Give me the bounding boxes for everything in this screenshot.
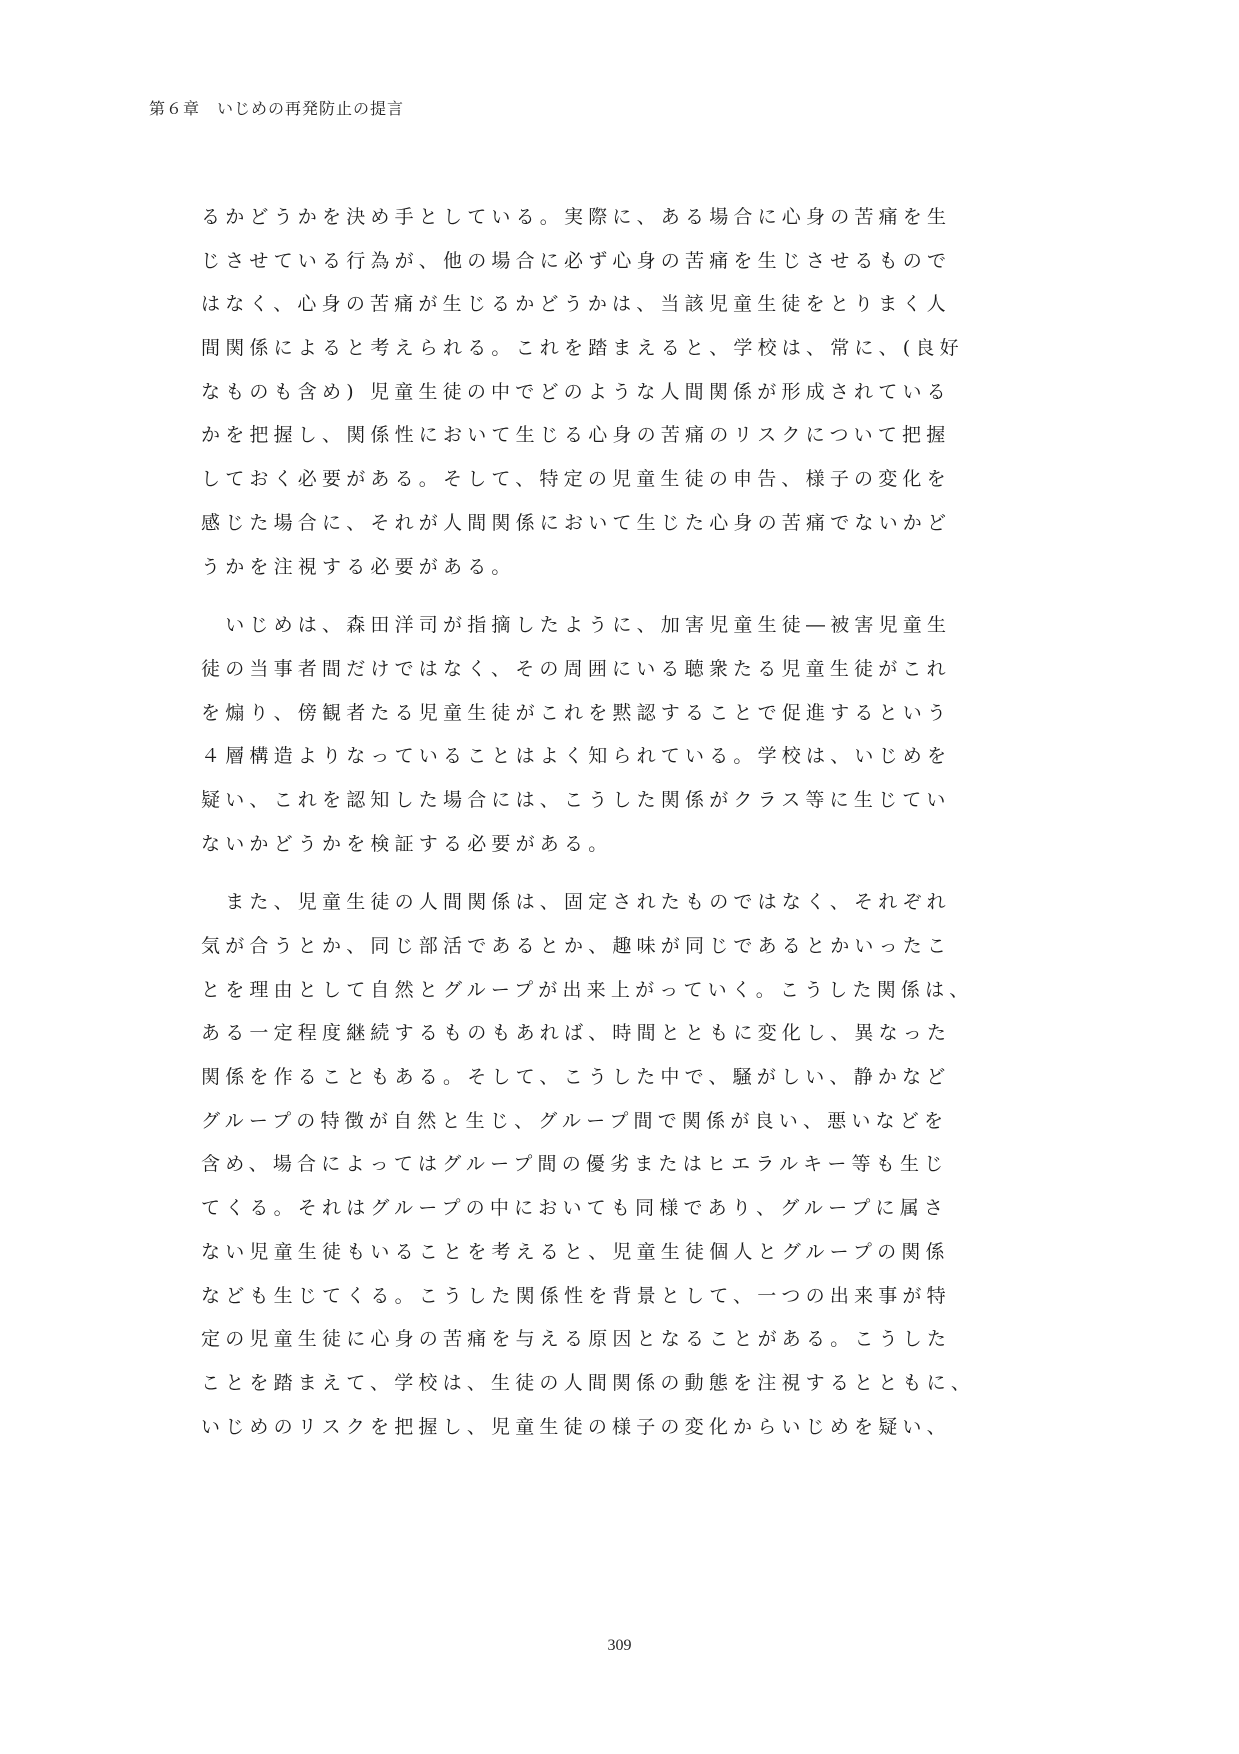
text-line: グループの特徴が自然と生じ、グループ間で関係が良い、悪いなどを (201, 1100, 961, 1144)
text-line: かを把握し、関係性において生じる心身の苦痛のリスクについて把握 (201, 414, 961, 458)
text-line: 含め、場合によってはグループ間の優劣またはヒエラルキー等も生じ (201, 1143, 961, 1187)
document-page: 第６章 いじめの再発防止の提言 るかどうかを決め手としている。実際に、ある場合に… (0, 0, 1239, 1754)
text-line: はなく、心身の苦痛が生じるかどうかは、当該児童生徒をとりまく人 (201, 283, 961, 327)
paragraph-2: いじめは、森田洋司が指摘したように、加害児童生徒―被害児童生 徒の当事者間だけで… (201, 604, 961, 866)
running-header: 第６章 いじめの再発防止の提言 (149, 96, 404, 119)
text-line: るかどうかを決め手としている。実際に、ある場合に心身の苦痛を生 (201, 196, 961, 240)
text-line: 徒の当事者間だけではなく、その周囲にいる聴衆たる児童生徒がこれ (201, 648, 961, 692)
body-text: るかどうかを決め手としている。実際に、ある場合に心身の苦痛を生 じさせている行為… (201, 196, 961, 1449)
page-number: 309 (0, 1637, 1239, 1655)
text-line: ４層構造よりなっていることはよく知られている。学校は、いじめを (201, 735, 961, 779)
text-line: ない児童生徒もいることを考えると、児童生徒個人とグループの関係 (201, 1231, 961, 1275)
text-line: しておく必要がある。そして、特定の児童生徒の申告、様子の変化を (201, 458, 961, 502)
text-line: 気が合うとか、同じ部活であるとか、趣味が同じであるとかいったこ (201, 925, 961, 969)
text-line: また、児童生徒の人間関係は、固定されたものではなく、それぞれ (201, 881, 961, 925)
text-line: ある一定程度継続するものもあれば、時間とともに変化し、異なった (201, 1012, 961, 1056)
text-line: なども生じてくる。こうした関係性を背景として、一つの出来事が特 (201, 1275, 961, 1319)
text-line: じさせている行為が、他の場合に必ず心身の苦痛を生じさせるもので (201, 240, 961, 284)
text-line: いじめのリスクを把握し、児童生徒の様子の変化からいじめを疑い、 (201, 1406, 961, 1450)
text-line: を煽り、傍観者たる児童生徒がこれを黙認することで促進するという (201, 692, 961, 736)
text-line: ないかどうかを検証する必要がある。 (201, 823, 961, 867)
text-line: うかを注視する必要がある。 (201, 546, 961, 590)
text-line: 疑い、これを認知した場合には、こうした関係がクラス等に生じてい (201, 779, 961, 823)
text-line: ことを踏まえて、学校は、生徒の人間関係の動態を注視するとともに、 (201, 1362, 961, 1406)
text-line: 定の児童生徒に心身の苦痛を与える原因となることがある。こうした (201, 1318, 961, 1362)
paragraph-1: るかどうかを決め手としている。実際に、ある場合に心身の苦痛を生 じさせている行為… (201, 196, 961, 589)
text-line: なものも含め) 児童生徒の中でどのような人間関係が形成されている (201, 371, 961, 415)
text-line: 関係を作ることもある。そして、こうした中で、騒がしい、静かなど (201, 1056, 961, 1100)
text-line: 感じた場合に、それが人間関係において生じた心身の苦痛でないかど (201, 502, 961, 546)
text-line: 間関係によると考えられる。これを踏まえると、学校は、常に、(良好 (201, 327, 961, 371)
text-line: てくる。それはグループの中においても同様であり、グループに属さ (201, 1187, 961, 1231)
paragraph-3: また、児童生徒の人間関係は、固定されたものではなく、それぞれ 気が合うとか、同じ… (201, 881, 961, 1449)
text-line: いじめは、森田洋司が指摘したように、加害児童生徒―被害児童生 (201, 604, 961, 648)
text-line: とを理由として自然とグループが出来上がっていく。こうした関係は、 (201, 969, 961, 1013)
